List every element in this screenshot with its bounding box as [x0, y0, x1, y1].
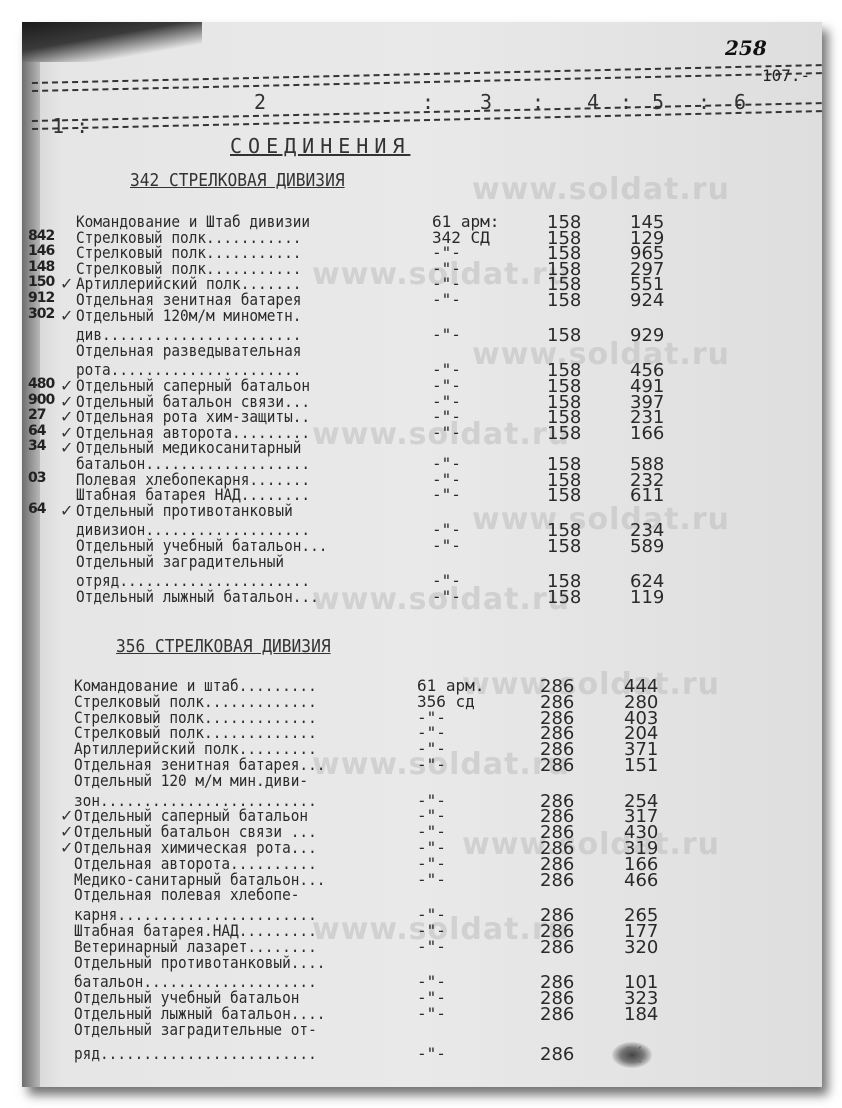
column-header-1: 1 :	[52, 114, 88, 138]
column-5-value: 119	[630, 587, 664, 608]
unit-name: Отдельная полевая хлебопе-	[74, 885, 299, 904]
table-row: ✓Отдельная химическая рота...-"-286319	[22, 838, 822, 854]
table-row: 27✓Отдельная рота хим-защиты..-"-158231	[22, 407, 822, 423]
table-row: 34✓Отдельный медикосанитарный	[22, 438, 822, 454]
division-title: 356 СТРЕЛКОВАЯ ДИВИЗИЯ	[116, 636, 331, 657]
table-row: Отдельный противотанковый....	[22, 953, 822, 969]
table-row: 912Отдельная зенитная батарея-"-158924	[22, 290, 822, 306]
unit-name: ряд.........................	[74, 1044, 317, 1063]
column-separator: :	[620, 90, 632, 114]
table-row: Отдельный заградительные от-	[22, 1020, 822, 1036]
margin-number: 900	[28, 392, 54, 408]
table-row: Отдельный заградительный	[22, 552, 822, 568]
column-header-2: 2	[254, 90, 266, 114]
column-header-4: 4	[587, 90, 599, 114]
table-row: отряд......................-"-158624	[22, 571, 822, 587]
table-row: Стрелковый полк.............-"-286403	[22, 708, 822, 724]
table-row: 150✓Артиллерийский полк.......-"-158551	[22, 274, 822, 290]
column-separator: :	[422, 90, 434, 114]
table-row: Отдельный 120 м/м мин.диви-	[22, 771, 822, 787]
table-row: Отдельная авторота..........-"-286166	[22, 854, 822, 870]
margin-number: 27	[28, 407, 45, 423]
column-separator: :	[698, 90, 710, 114]
margin-number: 64	[28, 423, 45, 439]
table-row: ряд.........................-"-2861(	[22, 1044, 822, 1060]
table-row: Отдельная разведывательная	[22, 341, 822, 357]
table-row: Штабная батарея НАД........-"-158611	[22, 485, 822, 501]
table-row: 900✓Отдельный батальон связи...-"-158397	[22, 392, 822, 408]
margin-number: 302	[28, 306, 54, 322]
margin-number: 64	[28, 501, 45, 517]
table-row: дивизион...................-"-158234	[22, 520, 822, 536]
watermark: www.soldat.ru	[472, 172, 730, 207]
column-header-5: 5	[652, 90, 664, 114]
parent-formation: -"-	[417, 1044, 446, 1063]
table-row: Отдельная полевая хлебопе-	[22, 885, 822, 901]
margin-number: 150	[28, 274, 54, 290]
table-row: карня.......................-"-286265	[22, 905, 822, 921]
section-title: СОЕДИНЕНИЯ	[230, 134, 410, 158]
table-row: Командование и Штаб дивизии61 арм:158145	[22, 212, 822, 228]
check-mark-icon: ✓	[60, 306, 73, 325]
margin-number: 03	[28, 470, 45, 486]
table-row: 480✓Отдельный саперный батальон-"-158491	[22, 376, 822, 392]
column-separator: :	[532, 90, 544, 114]
unit-name: Отдельный противотанковый....	[74, 953, 325, 972]
table-row: батальон...................-"-158588	[22, 454, 822, 470]
table-row: див.......................-"-158929	[22, 325, 822, 341]
table-row: 64✓Отдельный противотанковый	[22, 501, 822, 517]
unit-name: Отдельный лыжный батальон...	[76, 587, 319, 606]
unit-name: Отдельный 120 м/м мин.диви-	[74, 771, 308, 790]
table-row: Медико-санитарный батальон...-"-286466	[22, 870, 822, 886]
table-row: 148Стрелковый полк...........-"-158297	[22, 259, 822, 275]
table-row: 64✓Отдельная авторота.........-"-158166	[22, 423, 822, 439]
table-row: зон.........................-"-286254	[22, 791, 822, 807]
table-row: Отдельный лыжный батальон...-"-158119	[22, 587, 822, 603]
unit-name: Отдельный 120м/м минометн.	[76, 306, 301, 325]
parent-formation: -"-	[432, 587, 461, 606]
table-row: батальон....................-"-286101	[22, 972, 822, 988]
division-title: 342 СТРЕЛКОВАЯ ДИВИЗИЯ	[130, 170, 345, 191]
table-row: 842Стрелковый полк...........342 СД15812…	[22, 228, 822, 244]
unit-name: Отдельный заградительные от-	[74, 1020, 317, 1039]
archival-document-page: www.soldat.ru www.soldat.ru www.soldat.r…	[22, 22, 822, 1087]
table-row: Отдельный учебный батальон-"-286323	[22, 988, 822, 1004]
table-row: рота......................-"-158456	[22, 360, 822, 376]
table-row: ✓Отдельный батальон связи ...-"-286430	[22, 822, 822, 838]
margin-number: 480	[28, 376, 54, 392]
column-4-value: 158	[547, 587, 581, 608]
margin-number: 912	[28, 290, 54, 306]
scan-shadow	[22, 22, 202, 62]
table-row: 146Стрелковый полк...........-"-158965	[22, 243, 822, 259]
column-header-6: 6	[734, 90, 746, 114]
margin-number: 842	[28, 228, 54, 244]
column-4-value: 286	[540, 1044, 574, 1065]
table-row: Артиллерийский полк.........-"-286371	[22, 739, 822, 755]
table-row: 302✓Отдельный 120м/м минометн.	[22, 306, 822, 322]
unit-name: Отдельная разведывательная	[76, 341, 301, 360]
table-row: Штабная батарея.НАД.........-"-286177	[22, 921, 822, 937]
header-rule-top	[32, 64, 822, 92]
table-row: Отдельный учебный батальон...-"-158589	[22, 536, 822, 552]
table-row: Отдельная зенитная батарея...-"-286151	[22, 755, 822, 771]
handwritten-page-number: 258	[725, 36, 767, 60]
ink-smudge	[612, 1042, 652, 1068]
table-row: Стрелковый полк.............356 сд286280	[22, 692, 822, 708]
check-mark-icon: ✓	[60, 501, 73, 520]
column-header-3: 3	[480, 90, 492, 114]
table-row: Командование и штаб.........61 арм.28644…	[22, 676, 822, 692]
margin-number: 34	[28, 438, 45, 454]
table-row: Ветеринарный лазарет........-"-286320	[22, 937, 822, 953]
table-row: ✓Отдельный саперный батальон-"-286317	[22, 806, 822, 822]
margin-number: 146	[28, 243, 54, 259]
margin-number: 148	[28, 259, 54, 275]
table-row: 03Полевая хлебопекарня.......-"-158232	[22, 470, 822, 486]
unit-name: Отдельный противотанковый	[76, 501, 293, 520]
unit-name: Отдельный заградительный	[76, 552, 284, 571]
table-row: Стрелковый полк.............-"-286204	[22, 723, 822, 739]
table-row: Отдельный лыжный батальон....-"-286184	[22, 1004, 822, 1020]
